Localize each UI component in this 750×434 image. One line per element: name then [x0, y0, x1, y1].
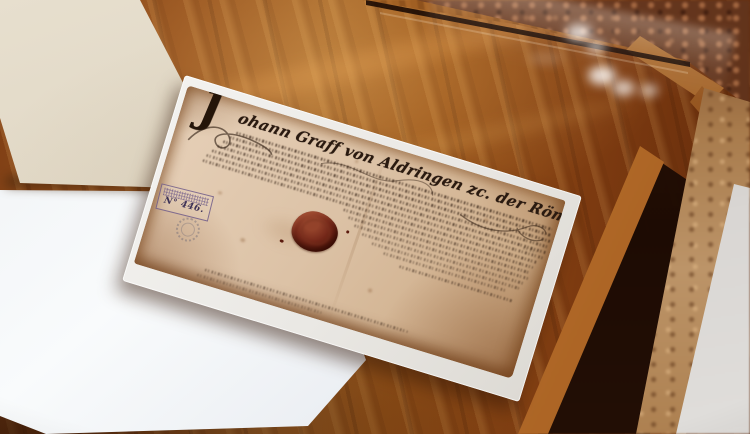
- photo-vignette: [0, 0, 750, 434]
- photo-scene: J ohann Graff von Aldringen zc. der Röm:…: [0, 0, 750, 434]
